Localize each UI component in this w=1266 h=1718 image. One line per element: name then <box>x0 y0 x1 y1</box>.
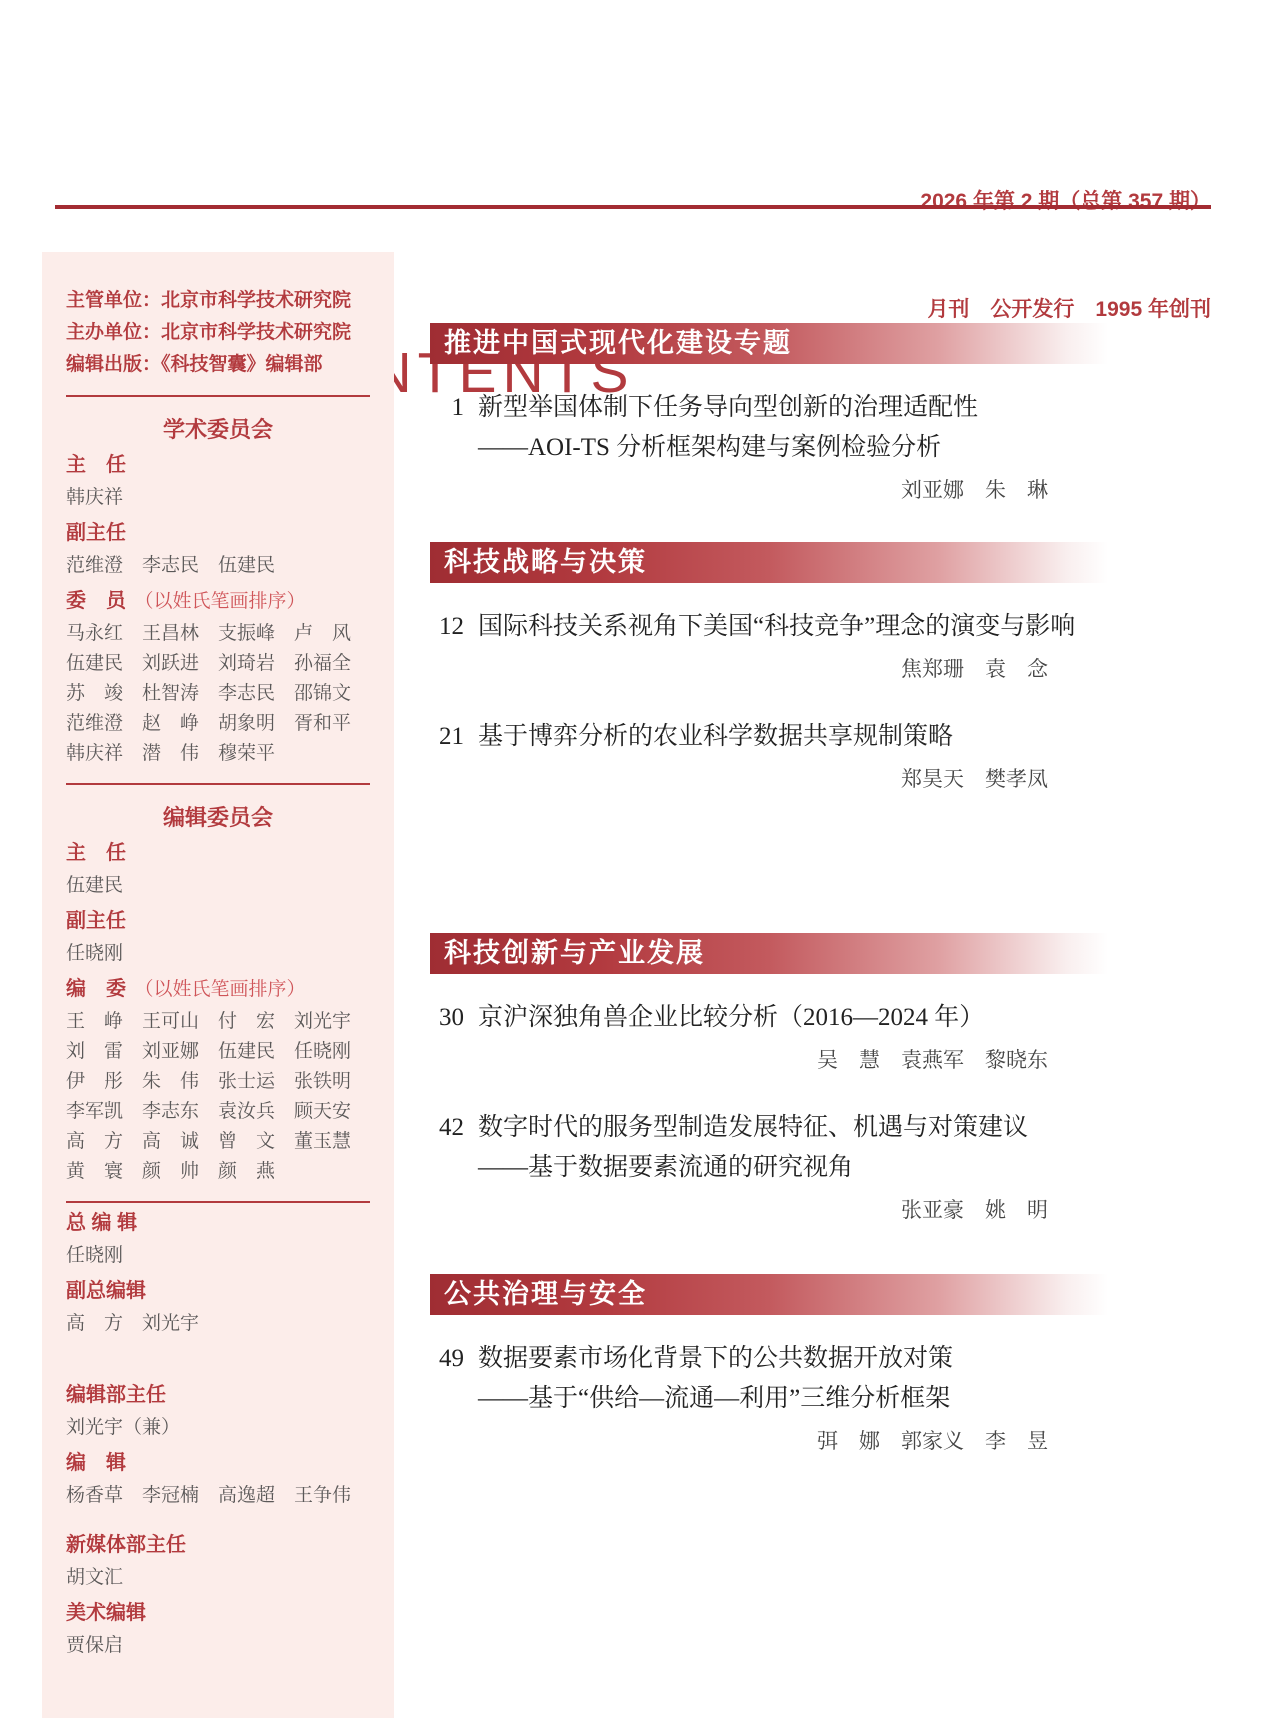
member-row: 高 方高 诚曾 文董玉慧 <box>66 1127 370 1157</box>
role-label: 委 员 <box>66 590 126 612</box>
article-subtitle: ——基于数据要素流通的研究视角 <box>478 1148 1108 1188</box>
member-name: 穆荣平 <box>218 739 294 769</box>
staff-name: 胡文汇 <box>66 1563 370 1593</box>
article-title-line: 42 数字时代的服务型制造发展特征、机遇与对策建议 <box>430 1108 1108 1148</box>
member-name: 邵锦文 <box>294 679 370 709</box>
article-authors: 弭 娜 郭家义 李 昱 <box>430 1423 1108 1459</box>
staff-block: 总 编 辑 任晓刚 副总编辑 高 方 刘光宇 编辑部主任 刘光宇（兼） 编 辑 … <box>66 1207 370 1661</box>
article-title: 国际科技关系视角下美国“科技竞争”理念的演变与影响 <box>478 607 1075 647</box>
member-name: 刘跃进 <box>142 649 218 679</box>
staff-entry: 编 辑 <box>66 1447 370 1481</box>
member-row: 王 峥王可山付 宏刘光宇 <box>66 1007 370 1037</box>
section-banner: 公共治理与安全 <box>430 1274 1108 1315</box>
member-name: 董玉慧 <box>294 1127 370 1157</box>
sidebar-divider <box>66 783 370 785</box>
member-name: 马永红 <box>66 619 142 649</box>
member-name: 朱 伟 <box>142 1067 218 1097</box>
role-label: 副主任 <box>66 910 126 932</box>
member-name: 胡象明 <box>218 709 294 739</box>
article-page-number: 12 <box>430 607 464 647</box>
staff-role-label: 新媒体部主任 <box>66 1534 186 1556</box>
academic-committee: 学术委员会 主 任 韩庆祥 副主任 范维澄李志民伍建民 委 员 （以姓氏笔画排序… <box>66 415 370 769</box>
director-names: 韩庆祥 <box>66 483 370 513</box>
role-label: 主 任 <box>66 454 126 476</box>
staff-role-label: 编辑部主任 <box>66 1384 166 1406</box>
staff-role-label: 编 辑 <box>66 1452 126 1474</box>
member-row: 任晓刚 <box>66 939 370 969</box>
member-name: 范维澄 <box>66 709 142 739</box>
staff-name: 杨香草 李冠楠 高逸超 王争伟 <box>66 1481 370 1511</box>
member-name: 刘光宇 <box>294 1007 370 1037</box>
role-line-director: 主 任 <box>66 449 370 483</box>
toc-section: 科技战略与决策 12 国际科技关系视角下美国“科技竞争”理念的演变与影响 焦郑珊… <box>430 542 1108 797</box>
member-names: 马永红王昌林支振峰卢 风伍建民刘跃进刘琦岩孙福全苏 竣杜智涛李志民邵锦文范维澄赵… <box>66 619 370 769</box>
member-row: 刘 雷刘亚娜伍建民任晓刚 <box>66 1037 370 1067</box>
member-name: 韩庆祥 <box>66 483 142 513</box>
member-name: 赵 峥 <box>142 709 218 739</box>
member-row: 伍建民刘跃进刘琦岩孙福全 <box>66 649 370 679</box>
member-name: 李志民 <box>218 679 294 709</box>
member-name: 伊 彤 <box>66 1067 142 1097</box>
member-name: 刘亚娜 <box>142 1037 218 1067</box>
member-name: 杜智涛 <box>142 679 218 709</box>
article-title: 数据要素市场化背景下的公共数据开放对策 <box>478 1339 953 1379</box>
member-name: 伍建民 <box>218 1037 294 1067</box>
editorial-committee: 编辑委员会 主 任 伍建民 副主任 任晓刚 编 委 （以姓氏笔画排序） 王 峥王… <box>66 803 370 1187</box>
sort-order-note: （以姓氏笔画排序） <box>134 591 305 612</box>
sidebar-divider <box>66 1201 370 1203</box>
member-row: 伍建民 <box>66 871 370 901</box>
member-name: 韩庆祥 <box>66 739 142 769</box>
masthead-sidebar: 主管单位：北京市科学技术研究院 主办单位：北京市科学技术研究院 编辑出版：《科技… <box>42 252 394 1718</box>
member-row: 韩庆祥潜 伟穆荣平 <box>66 739 370 769</box>
member-name: 王 峥 <box>66 1007 142 1037</box>
member-name: 伍建民 <box>66 871 142 901</box>
member-name: 孙福全 <box>294 649 370 679</box>
member-name: 伍建民 <box>66 649 142 679</box>
publisher-line: 主办单位：北京市科学技术研究院 <box>66 317 370 349</box>
role-line-members: 编 委 （以姓氏笔画排序） <box>66 973 370 1007</box>
member-row: 苏 竣杜智涛李志民邵锦文 <box>66 679 370 709</box>
staff-name: 贾保启 <box>66 1631 370 1661</box>
toc-article: 42 数字时代的服务型制造发展特征、机遇与对策建议 ——基于数据要素流通的研究视… <box>430 1108 1108 1228</box>
role-line-deputy: 副主任 <box>66 517 370 551</box>
article-authors: 刘亚娜 朱 琳 <box>430 472 1108 508</box>
article-authors: 吴 慧 袁燕军 黎晓东 <box>430 1042 1108 1078</box>
sidebar-divider <box>66 395 370 397</box>
article-subtitle: ——基于“供给—流通—利用”三维分析框架 <box>478 1379 1108 1419</box>
member-name: 支振峰 <box>218 619 294 649</box>
member-name: 高 诚 <box>142 1127 218 1157</box>
member-name: 潜 伟 <box>142 739 218 769</box>
article-page-number: 1 <box>430 388 464 428</box>
toc-section: 推进中国式现代化建设专题 1 新型举国体制下任务导向型创新的治理适配性 ——AO… <box>430 323 1108 508</box>
member-row: 马永红王昌林支振峰卢 风 <box>66 619 370 649</box>
article-page-number: 30 <box>430 998 464 1038</box>
staff-entry: 编辑部主任 <box>66 1379 370 1413</box>
staff-name: 任晓刚 <box>66 1241 370 1271</box>
member-row: 范维澄赵 峥胡象明胥和平 <box>66 709 370 739</box>
role-line-director: 主 任 <box>66 837 370 871</box>
member-name: 刘琦岩 <box>218 649 294 679</box>
article-authors: 郑昊天 樊孝凤 <box>430 761 1108 797</box>
role-label: 副主任 <box>66 522 126 544</box>
role-label: 编 委 <box>66 978 126 1000</box>
staff-role-label: 总 编 辑 <box>66 1212 137 1234</box>
article-title: 京沪深独角兽企业比较分析（2016—2024 年） <box>478 998 984 1038</box>
member-row: 李军凯李志东袁汝兵顾天安 <box>66 1097 370 1127</box>
member-name: 刘 雷 <box>66 1037 142 1067</box>
staff-entry: 总 编 辑 <box>66 1207 370 1241</box>
member-name: 卢 风 <box>294 619 370 649</box>
toc-section: 科技创新与产业发展 30 京沪深独角兽企业比较分析（2016—2024 年） 吴… <box>430 933 1108 1228</box>
role-line-members: 委 员 （以姓氏笔画排序） <box>66 585 370 619</box>
staff-name: 刘光宇（兼） <box>66 1413 370 1443</box>
member-name: 李军凯 <box>66 1097 142 1127</box>
member-name: 任晓刚 <box>66 939 142 969</box>
staff-role-label: 美术编辑 <box>66 1602 146 1624</box>
article-authors: 焦郑珊 袁 念 <box>430 651 1108 687</box>
member-name: 伍建民 <box>218 551 294 581</box>
article-page-number: 21 <box>430 717 464 757</box>
toc-article: 12 国际科技关系视角下美国“科技竞争”理念的演变与影响 焦郑珊 袁 念 <box>430 607 1108 687</box>
member-row: 韩庆祥 <box>66 483 370 513</box>
member-name: 张士运 <box>218 1067 294 1097</box>
member-name: 付 宏 <box>218 1007 294 1037</box>
section-banner: 科技创新与产业发展 <box>430 933 1108 974</box>
publisher-line: 编辑出版：《科技智囊》编辑部 <box>66 349 370 381</box>
section-banner: 科技战略与决策 <box>430 542 1108 583</box>
deputy-names: 任晓刚 <box>66 939 370 969</box>
role-label: 主 任 <box>66 842 126 864</box>
committee-title: 学术委员会 <box>66 415 370 445</box>
sort-order-note: （以姓氏笔画排序） <box>134 979 305 1000</box>
article-page-number: 49 <box>430 1339 464 1379</box>
committee-title: 编辑委员会 <box>66 803 370 833</box>
article-title-line: 21 基于博弈分析的农业科学数据共享规制策略 <box>430 717 1108 757</box>
staff-name: 高 方 刘光宇 <box>66 1309 370 1339</box>
member-names: 王 峥王可山付 宏刘光宇刘 雷刘亚娜伍建民任晓刚伊 彤朱 伟张士运张铁明李军凯李… <box>66 1007 370 1187</box>
toc-article: 30 京沪深独角兽企业比较分析（2016—2024 年） 吴 慧 袁燕军 黎晓东 <box>430 998 1108 1078</box>
member-name: 任晓刚 <box>294 1037 370 1067</box>
member-name: 王昌林 <box>142 619 218 649</box>
member-name: 李志东 <box>142 1097 218 1127</box>
staff-role-label: 副总编辑 <box>66 1280 146 1302</box>
staff-entry: 副总编辑 <box>66 1275 370 1309</box>
member-row: 伊 彤朱 伟张士运张铁明 <box>66 1067 370 1097</box>
article-title-line: 1 新型举国体制下任务导向型创新的治理适配性 <box>430 388 1108 428</box>
publisher-block: 主管单位：北京市科学技术研究院 主办单位：北京市科学技术研究院 编辑出版：《科技… <box>66 285 370 381</box>
member-name: 苏 竣 <box>66 679 142 709</box>
article-title-line: 12 国际科技关系视角下美国“科技竞争”理念的演变与影响 <box>430 607 1108 647</box>
article-authors: 张亚豪 姚 明 <box>430 1192 1108 1228</box>
member-name: 曾 文 <box>218 1127 294 1157</box>
staff-entry: 新媒体部主任 <box>66 1529 370 1563</box>
article-title-line: 49 数据要素市场化背景下的公共数据开放对策 <box>430 1339 1108 1379</box>
article-title: 数字时代的服务型制造发展特征、机遇与对策建议 <box>478 1108 1028 1148</box>
section-banner: 推进中国式现代化建设专题 <box>430 323 1108 364</box>
member-row: 范维澄李志民伍建民 <box>66 551 370 581</box>
member-name: 颜 燕 <box>218 1157 294 1187</box>
article-subtitle: ——AOI-TS 分析框架构建与案例检验分析 <box>478 428 1108 468</box>
table-of-contents: 推进中国式现代化建设专题 1 新型举国体制下任务导向型创新的治理适配性 ——AO… <box>430 323 1108 1459</box>
member-name: 袁汝兵 <box>218 1097 294 1127</box>
member-name: 李志民 <box>142 551 218 581</box>
issue-number-line: 2026 年第 2 期（总第 357 期） <box>920 184 1211 220</box>
toc-section: 公共治理与安全 49 数据要素市场化背景下的公共数据开放对策 ——基于“供给—流… <box>430 1274 1108 1459</box>
member-row: 黄 寰颜 帅颜 燕 <box>66 1157 370 1187</box>
member-name: 王可山 <box>142 1007 218 1037</box>
toc-article: 1 新型举国体制下任务导向型创新的治理适配性 ——AOI-TS 分析框架构建与案… <box>430 388 1108 508</box>
staff-entry: 美术编辑 <box>66 1597 370 1631</box>
header-divider <box>55 205 1211 209</box>
article-title: 基于博弈分析的农业科学数据共享规制策略 <box>478 717 953 757</box>
member-name: 顾天安 <box>294 1097 370 1127</box>
article-title-line: 30 京沪深独角兽企业比较分析（2016—2024 年） <box>430 998 1108 1038</box>
publisher-line: 主管单位：北京市科学技术研究院 <box>66 285 370 317</box>
toc-article: 21 基于博弈分析的农业科学数据共享规制策略 郑昊天 樊孝凤 <box>430 717 1108 797</box>
member-name: 范维澄 <box>66 551 142 581</box>
toc-article: 49 数据要素市场化背景下的公共数据开放对策 ——基于“供给—流通—利用”三维分… <box>430 1339 1108 1459</box>
member-name: 颜 帅 <box>142 1157 218 1187</box>
deputy-names: 范维澄李志民伍建民 <box>66 551 370 581</box>
article-page-number: 42 <box>430 1108 464 1148</box>
director-names: 伍建民 <box>66 871 370 901</box>
article-title: 新型举国体制下任务导向型创新的治理适配性 <box>478 388 978 428</box>
role-line-deputy: 副主任 <box>66 905 370 939</box>
member-name: 黄 寰 <box>66 1157 142 1187</box>
member-name: 高 方 <box>66 1127 142 1157</box>
member-name: 张铁明 <box>294 1067 370 1097</box>
member-name: 胥和平 <box>294 709 370 739</box>
